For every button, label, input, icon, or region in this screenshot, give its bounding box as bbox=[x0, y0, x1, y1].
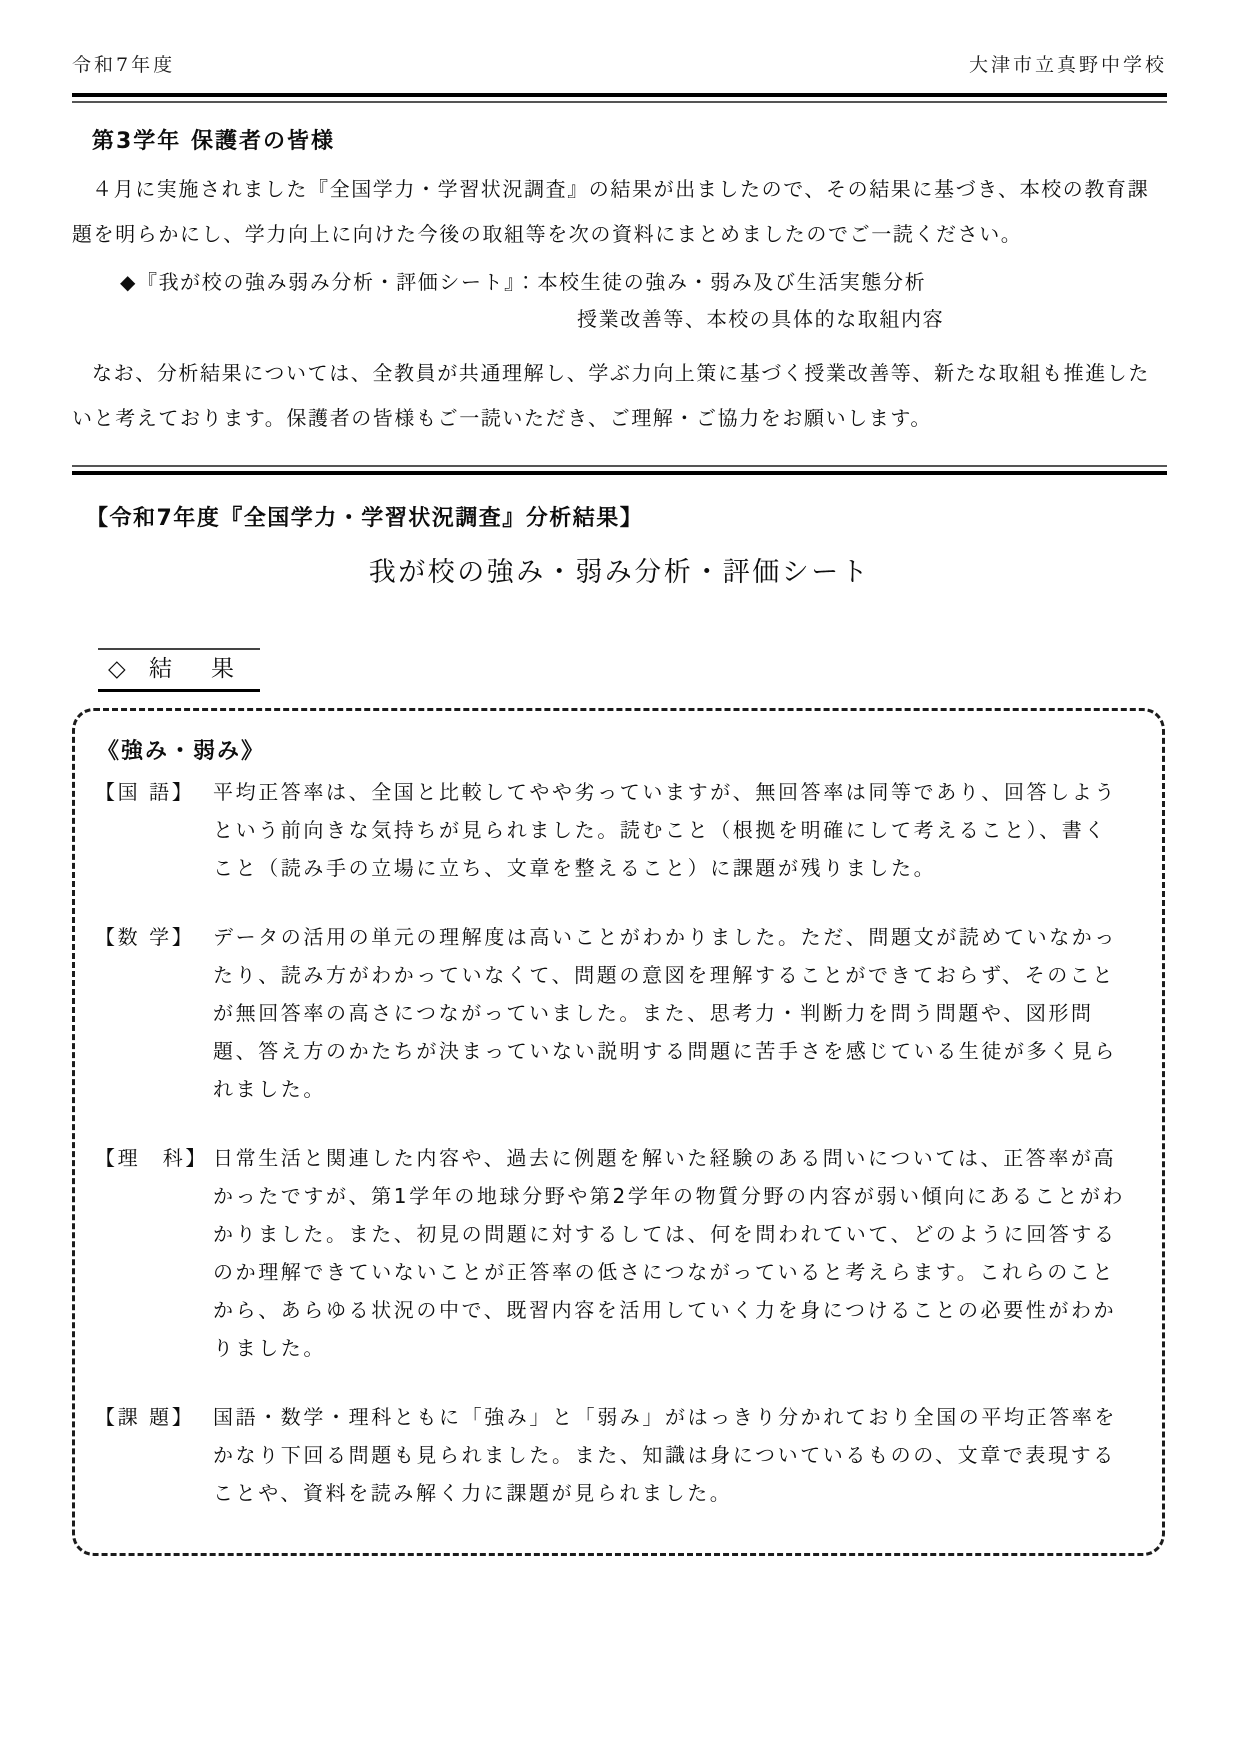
document-page: 令和7年度 大津市立真野中学校 第3学年 保護者の皆様 ４月に実施されました『全… bbox=[0, 0, 1241, 1754]
intro-paragraph: ４月に実施されました『全国学力・学習状況調査』の結果が出ましたので、その結果に基… bbox=[72, 167, 1167, 257]
subject-label-kokugo: 【国 語】 bbox=[95, 773, 213, 811]
page-header: 令和7年度 大津市立真野中学校 bbox=[72, 0, 1167, 77]
subject-entry-kadai: 【課 題】国語・数学・理科ともに「強み」と「弱み」がはっきり分かれており全国の平… bbox=[95, 1398, 1129, 1512]
subject-label-kadai: 【課 題】 bbox=[95, 1398, 213, 1436]
box-title: 《強み・弱み》 bbox=[97, 733, 1142, 771]
subject-entry-sugaku: 【数 学】データの活用の単元の理解度は高いことがわかりました。ただ、問題文が読め… bbox=[95, 918, 1129, 1108]
closing-paragraph: なお、分析結果については、全教員が共通理解し、学ぶ力向上策に基づく授業改善等、新… bbox=[72, 351, 1167, 441]
strengths-weaknesses-box: 《強み・弱み》 【国 語】平均正答率は、全国と比較してやや劣っていますが、無回答… bbox=[72, 708, 1165, 1556]
subject-label-sugaku: 【数 学】 bbox=[95, 918, 213, 956]
subject-text-rika: 日常生活と関連した内容や、過去に例題を解いた経験のある問いについては、正答率が高… bbox=[213, 1146, 1125, 1360]
greeting-heading: 第3学年 保護者の皆様 bbox=[92, 129, 1167, 155]
subject-text-sugaku: データの活用の単元の理解度は高いことがわかりました。ただ、問題文が読めていなかっ… bbox=[213, 925, 1117, 1101]
fiscal-year-label: 令和7年度 bbox=[72, 50, 175, 77]
school-name-label: 大津市立真野中学校 bbox=[969, 50, 1167, 77]
subject-label-rika: 【理 科】 bbox=[95, 1139, 213, 1177]
attachment-bullet-continuation: 授業改善等、本校の具体的な取組内容 bbox=[577, 301, 1167, 338]
attachment-bullet: ◆『我が校の強み弱み分析・評価シート』：本校生徒の強み・弱み及び生活実態分析 bbox=[120, 264, 1167, 301]
subject-text-kokugo: 平均正答率は、全国と比較してやや劣っていますが、無回答率は同等であり、回答しよう… bbox=[213, 780, 1117, 880]
subject-entry-kokugo: 【国 語】平均正答率は、全国と比較してやや劣っていますが、無回答率は同等であり、… bbox=[95, 773, 1129, 887]
sheet-title: 我が校の強み・弱み分析・評価シート bbox=[72, 557, 1167, 589]
subject-entry-rika: 【理 科】日常生活と関連した内容や、過去に例題を解いた経験のある問いについては、… bbox=[95, 1139, 1129, 1367]
bottom-double-rule bbox=[72, 465, 1167, 475]
subject-text-kadai: 国語・数学・理科ともに「強み」と「弱み」がはっきり分かれており全国の平均正答率を… bbox=[213, 1405, 1117, 1505]
top-double-rule bbox=[72, 93, 1167, 103]
result-heading: ◇ 結 果 bbox=[98, 648, 260, 692]
analysis-heading: 【令和7年度『全国学力・学習状況調査』分析結果】 bbox=[86, 505, 1167, 533]
